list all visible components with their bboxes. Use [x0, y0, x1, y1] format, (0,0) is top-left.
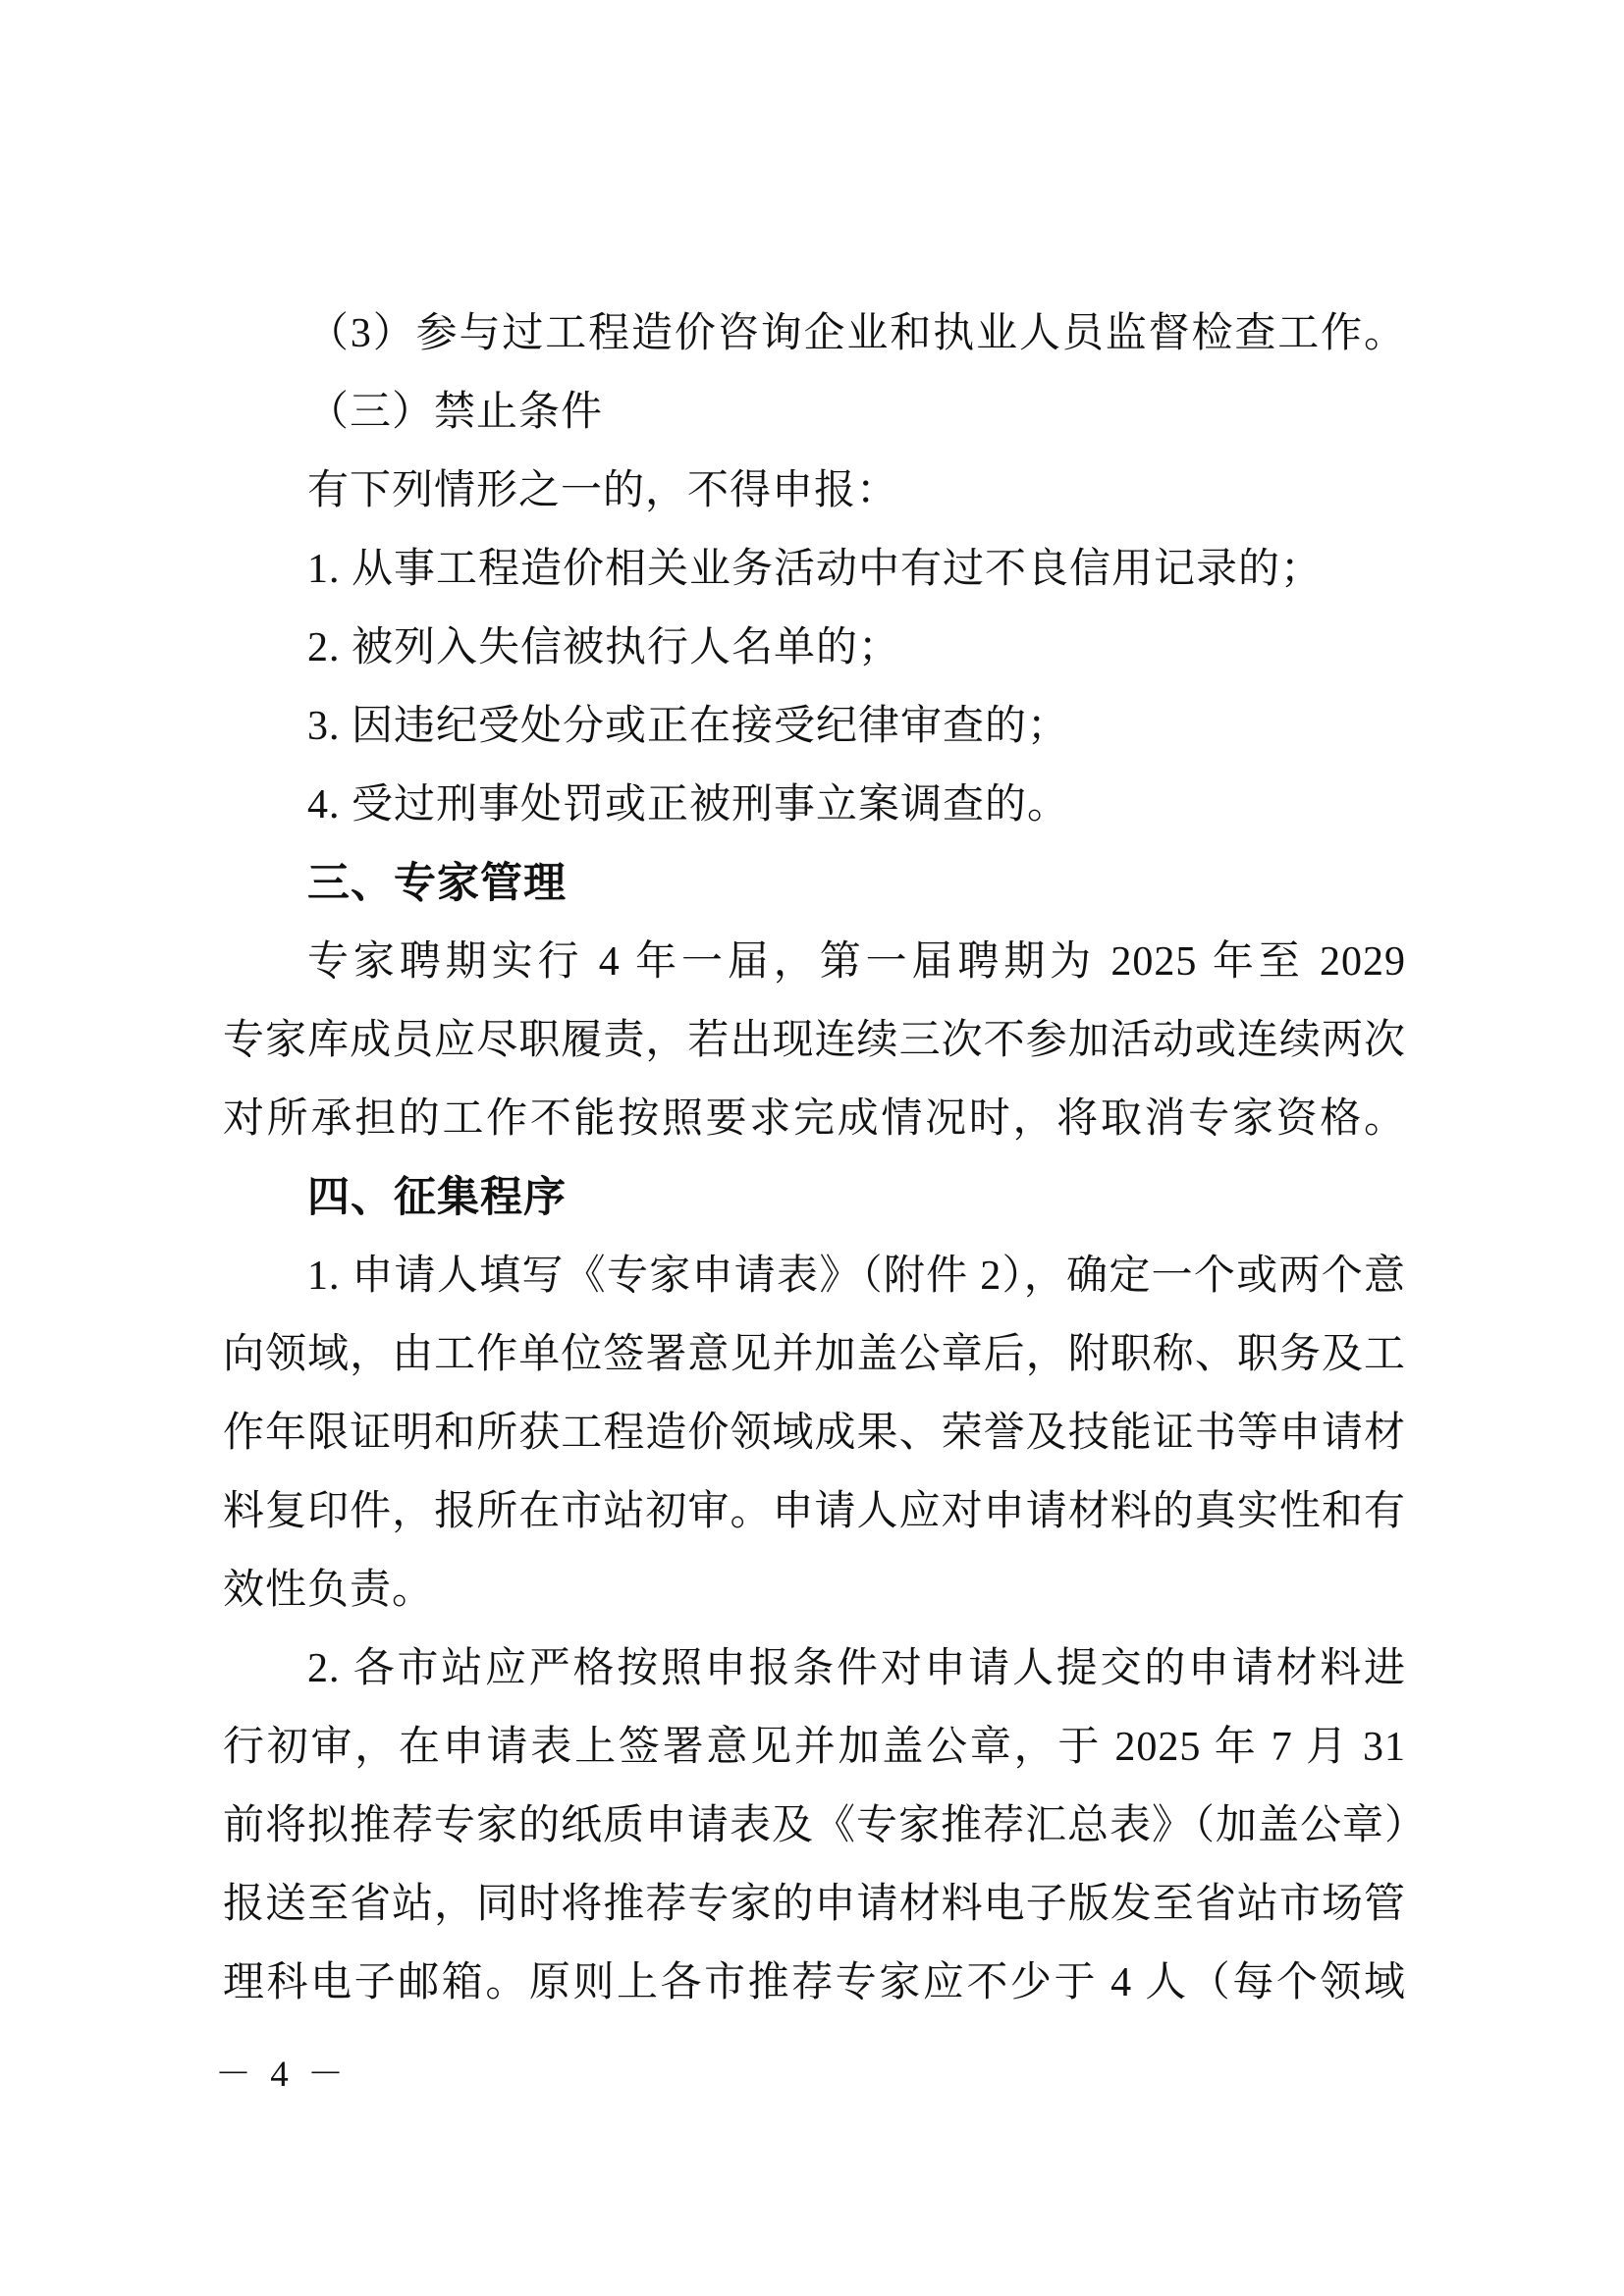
- text-line: 理科电子邮箱。原则上各市推荐专家应不少于 4 人（每个领域至: [223, 1944, 1406, 2022]
- text-line: 4. 受过刑事处罚或正被刑事立案调查的。: [223, 766, 1406, 844]
- text-line: 2. 各市站应严格按照申报条件对申请人提交的申请材料进: [223, 1629, 1406, 1708]
- text-line: 效性负责。: [223, 1551, 1406, 1629]
- document-page: （3）参与过工程造价咨询企业和执业人员监督检查工作。（三）禁止条件有下列情形之一…: [0, 0, 1624, 2296]
- section-heading: 三、专家管理: [223, 844, 1406, 923]
- text-line: 前将拟推荐专家的纸质申请表及《专家推荐汇总表》（加盖公章）: [223, 1787, 1406, 1865]
- text-line: 2. 被列入失信被执行人名单的；: [223, 609, 1406, 687]
- text-line: （三）禁止条件: [223, 373, 1406, 452]
- section-heading: 四、征集程序: [223, 1158, 1406, 1237]
- text-line: 向领域，由工作单位签署意见并加盖公章后，附职称、职务及工: [223, 1315, 1406, 1394]
- text-line: 3. 因违纪受处分或正在接受纪律审查的；: [223, 687, 1406, 766]
- text-line: 行初审，在申请表上签署意见并加盖公章，于 2025 年 7 月 31 日: [223, 1708, 1406, 1787]
- text-line: 报送至省站，同时将推荐专家的申请材料电子版发至省站市场管: [223, 1865, 1406, 1944]
- text-line: （3）参与过工程造价咨询企业和执业人员监督检查工作。: [223, 294, 1406, 373]
- text-line: 有下列情形之一的，不得申报：: [223, 452, 1406, 530]
- page-number: － 4 －: [215, 2048, 349, 2103]
- document-body: （3）参与过工程造价咨询企业和执业人员监督检查工作。（三）禁止条件有下列情形之一…: [223, 294, 1406, 2022]
- text-line: 对所承担的工作不能按照要求完成情况时，将取消专家资格。: [223, 1080, 1406, 1158]
- text-line: 1. 从事工程造价相关业务活动中有过不良信用记录的；: [223, 530, 1406, 609]
- text-line: 专家库成员应尽职履责，若出现连续三次不参加活动或连续两次: [223, 1001, 1406, 1080]
- text-line: 作年限证明和所获工程造价领域成果、荣誉及技能证书等申请材: [223, 1394, 1406, 1472]
- text-line: 专家聘期实行 4 年一届，第一届聘期为 2025 年至 2029 年。: [223, 923, 1406, 1001]
- text-line: 1. 申请人填写《专家申请表》（附件 2），确定一个或两个意: [223, 1237, 1406, 1315]
- text-line: 料复印件，报所在市站初审。申请人应对申请材料的真实性和有: [223, 1472, 1406, 1551]
